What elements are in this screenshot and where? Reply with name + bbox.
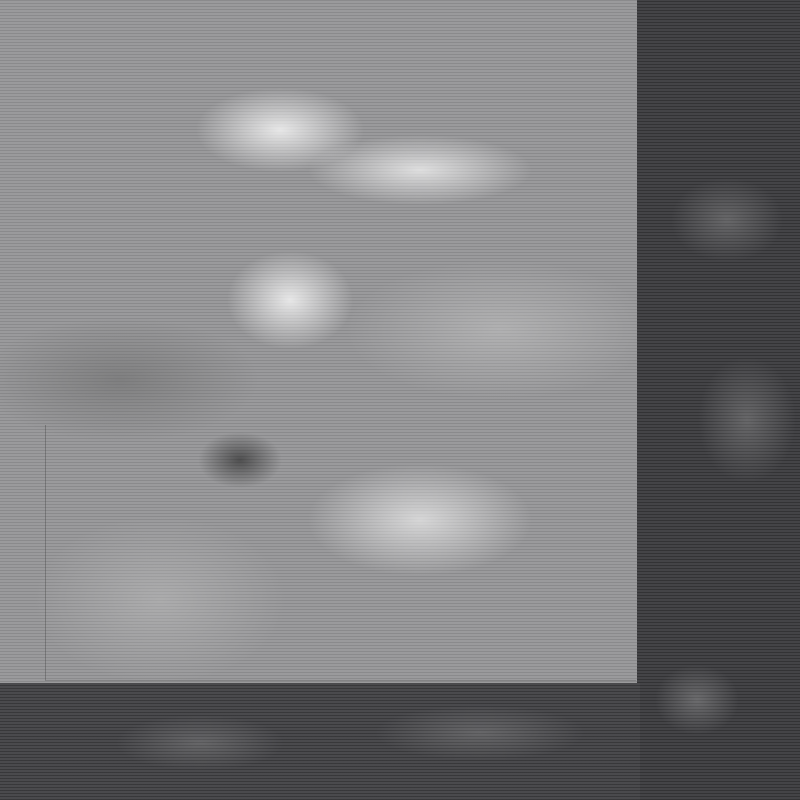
bottom-border: [0, 683, 640, 800]
rug-photo: Close-up photograph of a distressed grey…: [0, 0, 800, 800]
right-border: [637, 0, 800, 800]
inner-frame-line: [45, 425, 636, 681]
